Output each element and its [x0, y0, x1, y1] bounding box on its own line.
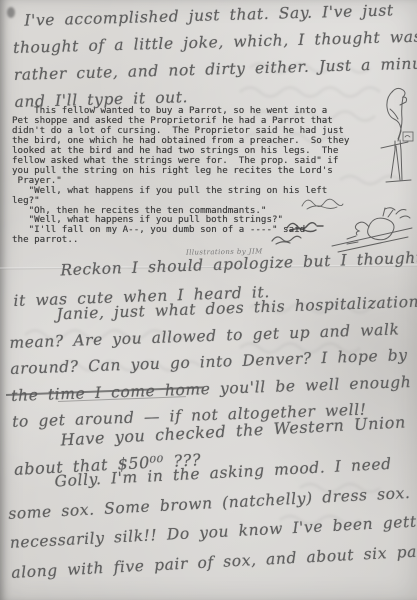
typed-line: you pull the string on his right leg he …: [12, 166, 349, 176]
handwritten-paragraph-intro: I've accomplished just that. Say. I've j…: [12, 0, 417, 116]
parrot-perched-doodle: [366, 84, 416, 190]
scanned-letter-page: I've accomplished just that. Say. I've j…: [0, 0, 417, 600]
handwritten-paragraph-golly: Golly. I'm in the asking mood. I need so…: [6, 447, 417, 588]
scribble-doodle: [270, 232, 304, 247]
